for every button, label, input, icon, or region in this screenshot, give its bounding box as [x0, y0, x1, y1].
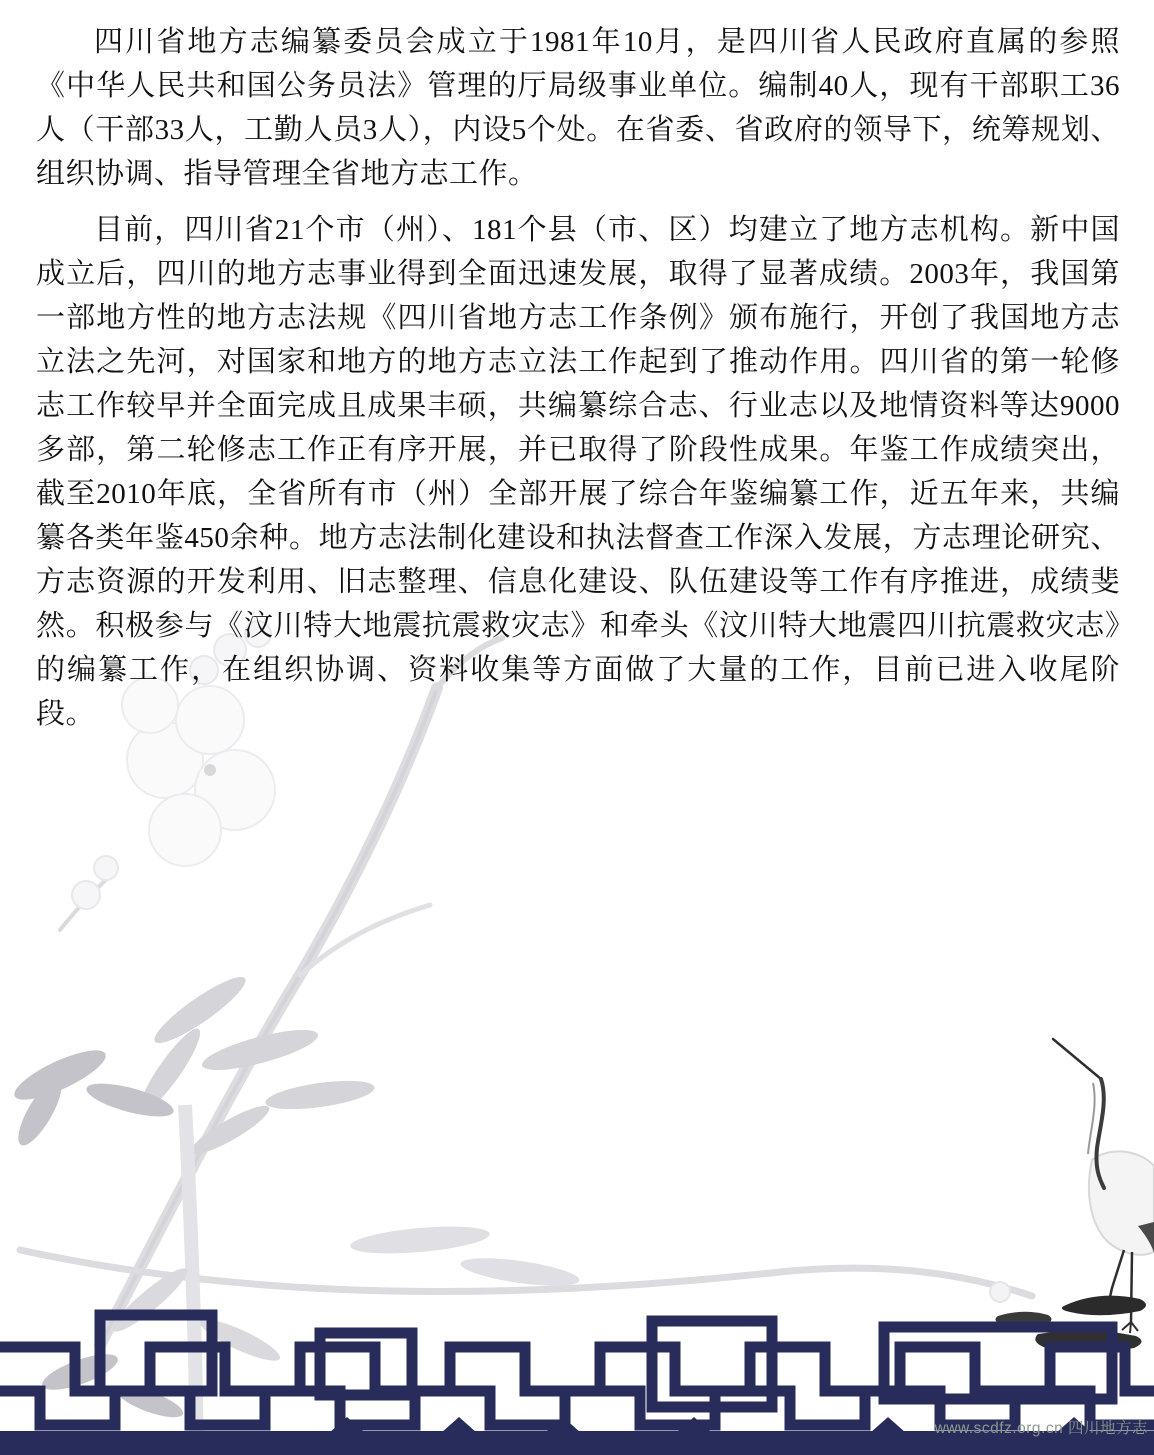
body-paragraph-2: 目前，四川省21个市（州）、181个县（市、区）均建立了地方志机构。新中国成立后… [36, 208, 1120, 736]
document-body-text: 四川省地方志编纂委员会成立于1981年10月，是四川省人民政府直属的参照《中华人… [36, 20, 1120, 736]
site-watermark: www.scdfz.org.cn 四川地方志 [935, 1416, 1148, 1438]
body-paragraph-1: 四川省地方志编纂委员会成立于1981年10月，是四川省人民政府直属的参照《中华人… [36, 20, 1120, 196]
document-page: { "content": { "paragraphs": [ "四川省地方志编纂… [0, 0, 1154, 1455]
crane-ink-painting [995, 1039, 1154, 1352]
